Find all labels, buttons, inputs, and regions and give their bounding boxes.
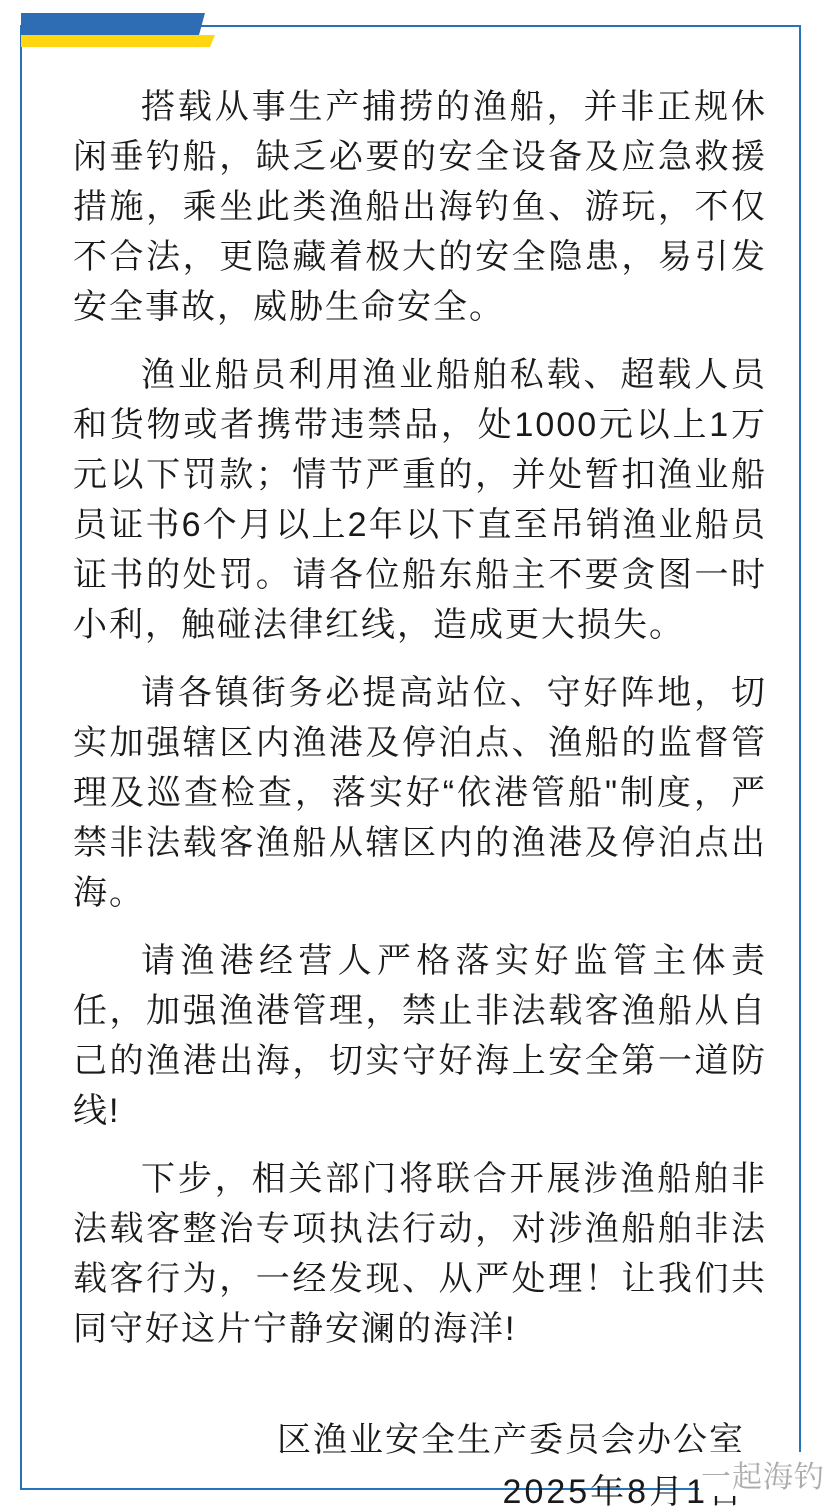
notice-page: 搭载从事生产捕捞的渔船，并非正规休闲垂钓船，缺乏必要的安全设备及应急救援措施，乘… bbox=[0, 0, 828, 1510]
signature-block: 区渔业安全生产委员会办公室 2025年8月1日 bbox=[73, 1414, 745, 1510]
notice-paragraph: 请渔港经营人严格落实好监管主体责任，加强渔港管理，禁止非法载客渔船从自己的渔港出… bbox=[73, 936, 767, 1136]
notice-paragraph: 下步，相关部门将联合开展涉渔船舶非法载客整治专项执法行动，对涉渔船舶非法载客行为… bbox=[73, 1154, 767, 1354]
notice-paragraph: 渔业船员利用渔业船舶私载、超载人员和货物或者携带违禁品，处1000元以上1万元以… bbox=[73, 350, 767, 650]
issuing-office: 区渔业安全生产委员会办公室 bbox=[73, 1414, 745, 1466]
notice-body: 搭载从事生产捕捞的渔船，并非正规休闲垂钓船，缺乏必要的安全设备及应急救援措施，乘… bbox=[73, 82, 767, 1510]
watermark-text: 一起海钓 bbox=[699, 1452, 825, 1496]
issue-date: 2025年8月1日 bbox=[73, 1466, 745, 1510]
notice-paragraph: 请各镇街务必提高站位、守好阵地，切实加强辖区内渔港及停泊点、渔船的监督管理及巡查… bbox=[73, 668, 767, 918]
notice-paragraph: 搭载从事生产捕捞的渔船，并非正规休闲垂钓船，缺乏必要的安全设备及应急救援措施，乘… bbox=[73, 82, 767, 332]
corner-ribbon-yellow-bar bbox=[21, 35, 215, 47]
corner-ribbon-blue-bar bbox=[21, 13, 205, 35]
